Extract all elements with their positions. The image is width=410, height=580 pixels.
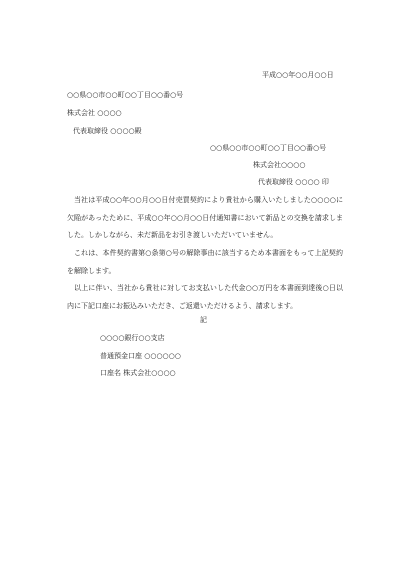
bank-account: 普通預金口座 ○○○○○○ bbox=[100, 352, 181, 361]
ki-heading: 記 bbox=[200, 316, 207, 325]
recipient-company: 株式会社 ○○○○ bbox=[67, 109, 122, 118]
recipient-representative: 代表取締役 ○○○○殿 bbox=[73, 127, 142, 136]
body-paragraph-2: これは、本件契約書第○条第○号の解除事由に該当するため本書面をもって上記契約を解… bbox=[67, 245, 343, 280]
body-paragraph-1: 当社は平成○○年○○月○○日付売買契約により貴社から購入いたしました○○○○に欠… bbox=[67, 192, 343, 245]
bank-account-name: 口座名 株式会社○○○○ bbox=[100, 369, 176, 378]
sender-address: ○○県○○市○○町○○丁目○○番○号 bbox=[210, 144, 326, 153]
recipient-address: ○○県○○市○○町○○丁目○○番○号 bbox=[67, 91, 183, 100]
sender-representative: 代表取締役 ○○○○ 印 bbox=[258, 178, 329, 187]
body-paragraph-3: 以上に伴い、当社から貴社に対してお支払いした代金○○万円を本書面到達後○日以内に… bbox=[67, 280, 343, 315]
sender-company: 株式会社○○○○ bbox=[253, 161, 305, 170]
document-page: 平成○○年○○月○○日 ○○県○○市○○町○○丁目○○番○号 株式会社 ○○○○… bbox=[0, 0, 410, 580]
letter-date: 平成○○年○○月○○日 bbox=[262, 71, 334, 80]
bank-branch: ○○○○銀行○○支店 bbox=[100, 334, 165, 343]
